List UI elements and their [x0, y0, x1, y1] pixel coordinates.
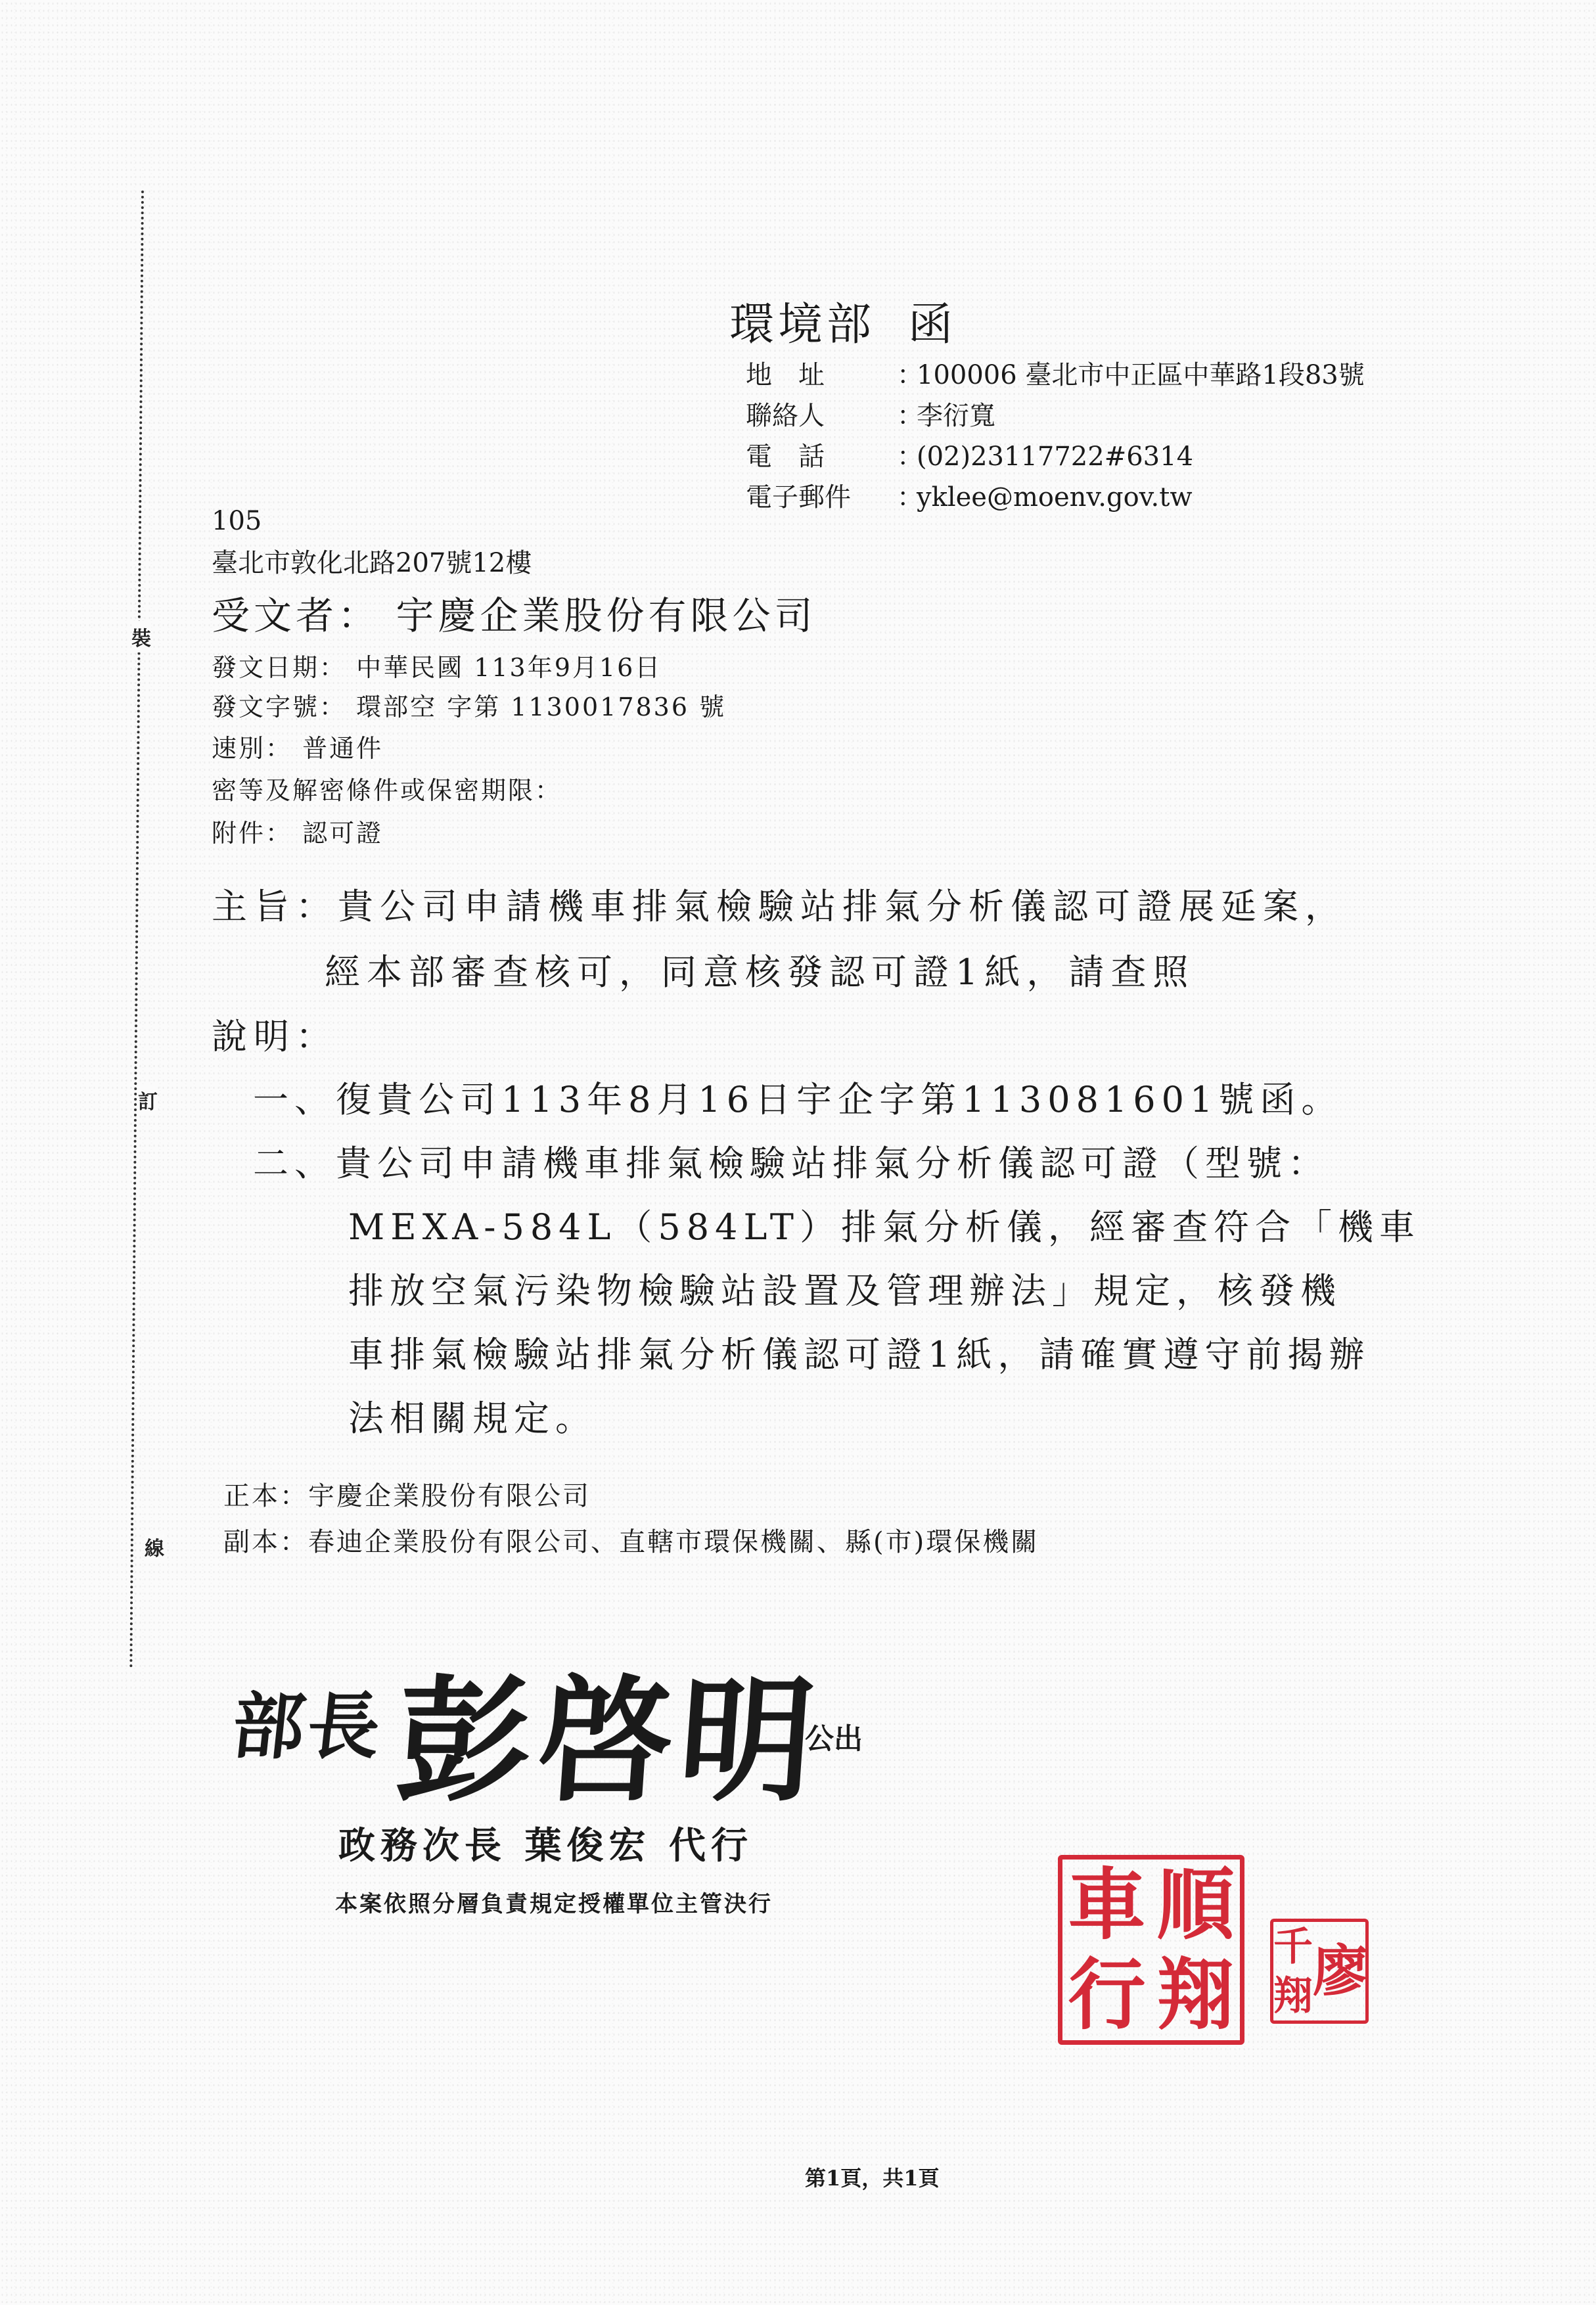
recipient-name: 宇慶企業股份有限公司 [396, 593, 816, 638]
delegation-note: 本案依照分層負責規定授權單位主管決行 [335, 1886, 773, 1918]
seal-char: 順 [1151, 1860, 1240, 1950]
document-type: 函 [908, 299, 957, 351]
seal-char: 翔 [1151, 1950, 1240, 2041]
meta-value: 普通件 [302, 734, 383, 763]
subject-line: 主旨：貴公司申請機車排氣檢驗站排氣分析儀認可證展延案， [212, 874, 1347, 940]
meta-value: 中華民國 113年9月16日 [356, 653, 662, 682]
item-text: 復貴公司113年8月16日宇企字第113081601號函。 [336, 1079, 1342, 1120]
contact-label: 電 話 [746, 436, 897, 477]
subject-label: 主旨： [212, 886, 338, 927]
meta-priority: 速別： 普通件 [212, 728, 383, 764]
cc-value: 宇慶企業股份有限公司 [308, 1481, 591, 1511]
seal-char: 千 [1273, 1922, 1313, 1971]
cc-label: 正本： [223, 1481, 308, 1511]
company-seal-stamp: 順 車 翔 行 [1058, 1855, 1244, 2045]
meta-label: 發文字號： [212, 693, 346, 721]
description-list: 一、復貴公司113年8月16日宇企字第113081601號函。 二、貴公司申請機… [253, 1068, 1421, 1450]
meta-label: 發文日期： [212, 653, 346, 682]
sender-contact-block: 地 址： 100006 臺北市中正區中華路1段83號 聯絡人： 李衍寬 電 話：… [746, 355, 1365, 518]
item-text: 貴公司申請機車排氣檢驗站排氣分析儀認可證（型號： [336, 1143, 1329, 1184]
subject-text: 貴公司申請機車排氣檢驗站排氣分析儀認可證展延案， [338, 886, 1347, 927]
item-marker: 一、 [253, 1079, 336, 1120]
meta-label: 密等及解密條件或保密期限： [212, 776, 562, 805]
meta-attachment: 附件： 認可證 [212, 813, 383, 849]
description-item: 一、復貴公司113年8月16日宇企字第113081601號函。 [253, 1068, 1421, 1131]
subject-line: 經本部審查核可，同意核發認可證1紙，請查照 [212, 940, 1347, 1005]
seal-char: 車 [1062, 1860, 1151, 1950]
seal-char: 廖 [1313, 1922, 1368, 2020]
contact-label: 電子郵件 [746, 477, 897, 518]
binding-margin-line [129, 191, 144, 1669]
contact-value: yklee@moenv.gov.tw [917, 477, 1193, 518]
page-number: 第1頁，共1頁 [805, 2162, 940, 2192]
contact-value: 100006 臺北市中正區中華路1段83號 [917, 355, 1365, 396]
meta-value: 環部空 字第 1130017836 號 [356, 693, 726, 721]
cc-label: 副本： [223, 1527, 308, 1557]
recipient: 受文者： 宇慶企業股份有限公司 [212, 585, 816, 640]
recipient-address: 臺北市敦化北路207號12樓 [212, 542, 532, 580]
description-label: 說明： [212, 1009, 338, 1059]
contact-address: 地 址： 100006 臺北市中正區中華路1段83號 [746, 355, 1365, 396]
seal-char: 行 [1062, 1950, 1151, 2041]
signature-name: 彭啓明 [391, 1633, 829, 1827]
binding-char-xian: 線 [145, 1531, 164, 1563]
meta-label: 速別： [212, 734, 292, 763]
signature-title: 部長 [228, 1669, 389, 1773]
contact-phone: 電 話： (02)23117722#6314 [746, 436, 1365, 477]
seal-char: 翔 [1273, 1971, 1313, 2020]
personal-seal-stamp: 廖 千 翔 [1270, 1919, 1369, 2024]
signature-status: 公出 [805, 1715, 863, 1757]
contact-label: 聯絡人 [746, 396, 897, 436]
contact-value: (02)23117722#6314 [917, 436, 1193, 477]
deputy-signature: 政務次長 葉俊宏 代行 [338, 1817, 753, 1869]
agency-name: 環境部 [729, 299, 875, 351]
meta-document-number: 發文字號： 環部空 字第 1130017836 號 [212, 687, 726, 723]
meta-issue-date: 發文日期： 中華民國 113年9月16日 [212, 647, 662, 683]
document-header: 環境部函 [729, 289, 957, 353]
binding-char-zhuang: 裝 [131, 621, 151, 652]
item-text-continued: 法相關規定。 [253, 1386, 1421, 1450]
original-copy: 正本：宇慶企業股份有限公司 [223, 1475, 591, 1513]
binding-char-ding: 訂 [138, 1084, 158, 1116]
item-marker: 二、 [253, 1143, 336, 1184]
carbon-copy: 副本：春迪企業股份有限公司、直轄市環保機關、縣(市)環保機關 [223, 1521, 1039, 1559]
item-text-continued: 排放空氣污染物檢驗站設置及管理辦法」規定，核發機 [253, 1259, 1421, 1323]
contact-label: 地 址 [746, 355, 897, 396]
contact-value: 李衍寬 [917, 396, 995, 436]
description-item: 二、貴公司申請機車排氣檢驗站排氣分析儀認可證（型號： [253, 1131, 1421, 1195]
recipient-label: 受文者： [212, 593, 380, 638]
subject-section: 主旨：貴公司申請機車排氣檢驗站排氣分析儀認可證展延案， 經本部審查核可，同意核發… [212, 874, 1347, 1005]
contact-person: 聯絡人： 李衍寬 [746, 396, 1365, 436]
contact-email: 電子郵件： yklee@moenv.gov.tw [746, 477, 1365, 518]
cc-value: 春迪企業股份有限公司、直轄市環保機關、縣(市)環保機關 [308, 1527, 1039, 1557]
recipient-postal-code: 105 [212, 506, 262, 536]
meta-classification: 密等及解密條件或保密期限： [212, 770, 562, 806]
meta-label: 附件： [212, 819, 292, 848]
item-text-continued: MEXA-584L（584LT）排氣分析儀，經審查符合「機車 [253, 1195, 1421, 1259]
meta-value: 認可證 [302, 819, 383, 848]
item-text-continued: 車排氣檢驗站排氣分析儀認可證1紙，請確實遵守前揭辦 [253, 1323, 1421, 1386]
